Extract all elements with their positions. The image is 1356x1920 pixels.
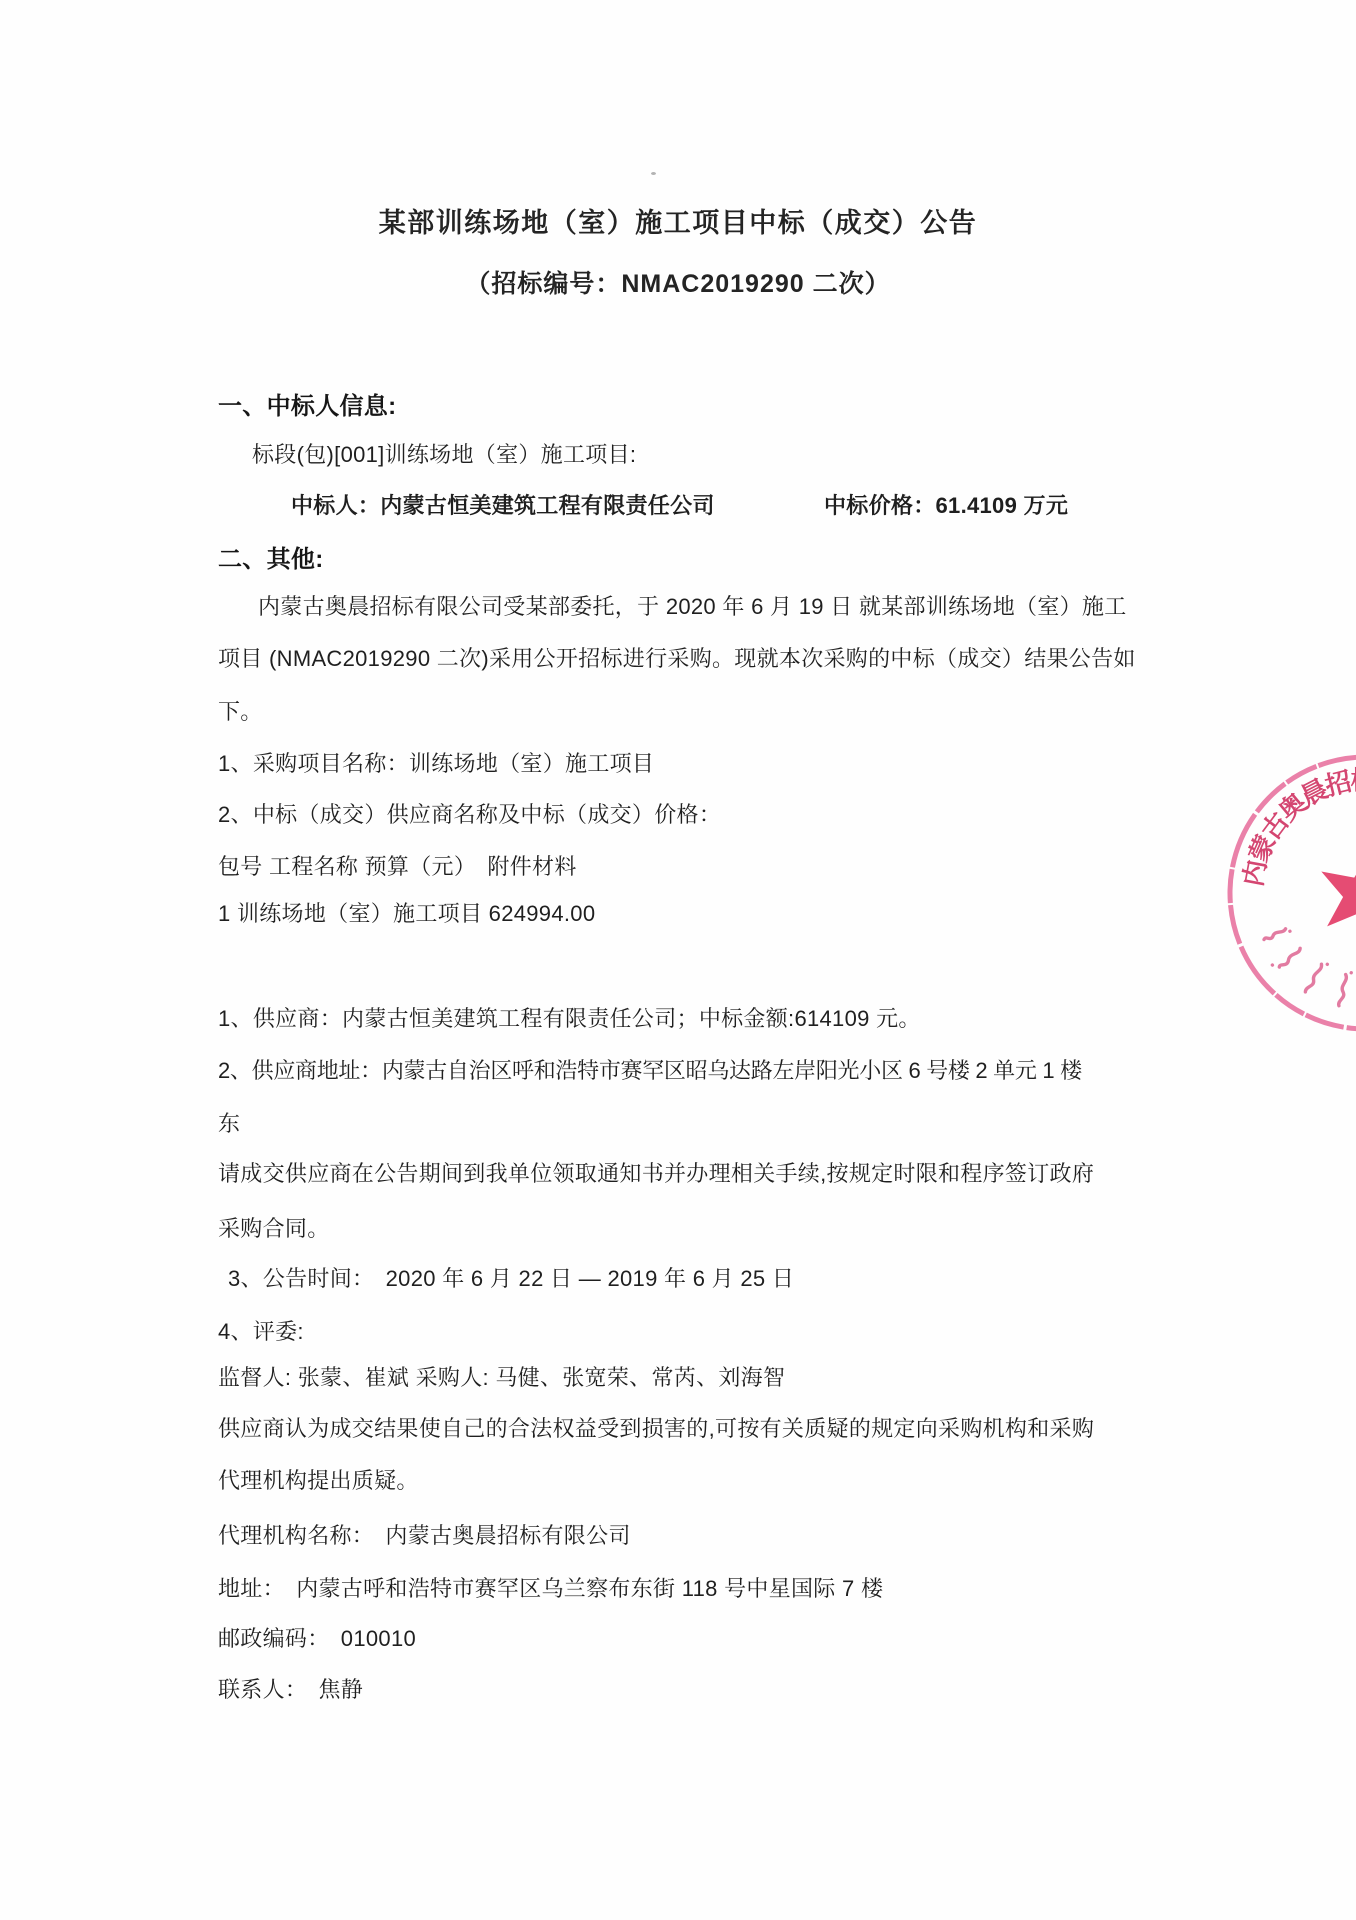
winner-price: 中标价格：61.4109 万元 — [824, 489, 1068, 520]
item-committee: 4、评委: — [218, 1315, 304, 1346]
scan-speck — [651, 172, 656, 175]
stamp-company-text: 内蒙古奥晨招标有限公司 — [1238, 765, 1356, 889]
postal-line: 邮政编码： 010010 — [218, 1622, 416, 1653]
document-title: 某部训练场地（室）施工项目中标（成交）公告 — [0, 201, 1356, 240]
table-row: 1 训练场地（室）施工项目 624994.00 — [218, 897, 595, 928]
star-icon — [1310, 840, 1356, 942]
agency-stamp: 内蒙古奥晨招标有限公司 — [1196, 723, 1356, 1063]
winner-line: 中标人：内蒙古恒美建筑工程有限责任公司 — [291, 489, 715, 520]
intro-line-1: 内蒙古奥晨招标有限公司受某部委托，于 2020 年 6 月 19 日 就某部训练… — [258, 590, 1127, 621]
table-header: 包号 工程名称 预算（元） 附件材料 — [218, 850, 577, 881]
dispute-line-2: 代理机构提出质疑。 — [218, 1464, 419, 1495]
scanned-document-page: 某部训练场地（室）施工项目中标（成交）公告 （招标编号：NMAC2019290 … — [0, 0, 1356, 1920]
supplier-address-line-2: 东 — [218, 1107, 240, 1138]
intro-line-3: 下。 — [218, 695, 263, 726]
supplier-address-line-1: 2、供应商地址：内蒙古自治区呼和浩特市赛罕区昭乌达路左岸阳光小区 6 号楼 2 … — [218, 1054, 1082, 1085]
item-announcement-time: 3、公告时间： 2020 年 6 月 22 日 — 2019 年 6 月 25 … — [228, 1262, 794, 1293]
intro-line-2: 项目 (NMAC2019290 二次)采用公开招标进行采购。现就本次采购的中标（… — [218, 642, 1136, 673]
supplier-line: 1、供应商：内蒙古恒美建筑工程有限责任公司；中标金额:614109 元。 — [218, 1002, 921, 1033]
lot-line: 标段(包)[001]训练场地（室）施工项目: — [252, 438, 636, 469]
dispute-line-1: 供应商认为成交结果使自己的合法权益受到损害的,可按有关质疑的规定向采购机构和采购 — [218, 1412, 1094, 1443]
committee-line: 监督人: 张蒙、崔斌 采购人: 马健、张宽荣、常芮、刘海智 — [218, 1361, 785, 1392]
agency-line: 代理机构名称： 内蒙古奥晨招标有限公司 — [218, 1519, 631, 1550]
notice-line-1: 请成交供应商在公告期间到我单位领取通知书并办理相关手续,按规定时限和程序签订政府 — [218, 1157, 1094, 1188]
item-supplier-price: 2、中标（成交）供应商名称及中标（成交）价格： — [218, 798, 721, 829]
contact-line: 联系人： 焦静 — [218, 1673, 363, 1704]
item-project-name: 1、采购项目名称：训练场地（室）施工项目 — [218, 747, 654, 778]
address-line: 地址： 内蒙古呼和浩特市赛罕区乌兰察布东街 118 号中星国际 7 楼 — [218, 1572, 883, 1603]
document-subtitle: （招标编号：NMAC2019290 二次） — [0, 264, 1356, 300]
notice-line-2: 采购合同。 — [218, 1212, 330, 1243]
svg-text:内蒙古奥晨招标有限公司: 内蒙古奥晨招标有限公司 — [1238, 765, 1356, 889]
section2-heading: 二、其他: — [218, 539, 324, 574]
section1-heading: 一、中标人信息: — [218, 386, 396, 421]
